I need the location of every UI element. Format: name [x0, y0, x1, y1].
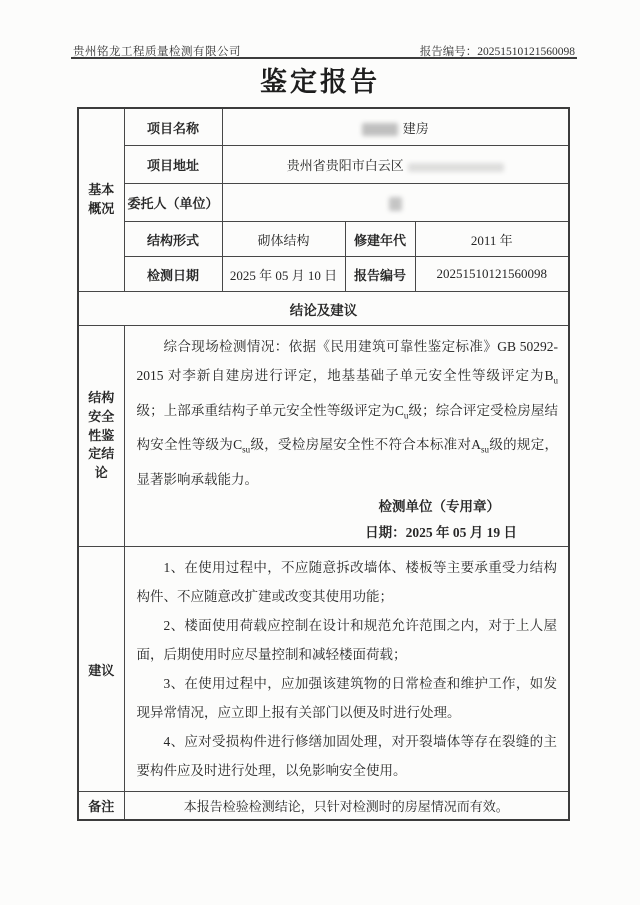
- safety-conclusion-paragraph: 综合现场检测情况：依据《民用建筑可靠性鉴定标准》GB 50292-2015 对李…: [137, 332, 559, 494]
- grade-b: B: [544, 368, 553, 383]
- structure-type-value: 砌体结构: [222, 222, 345, 257]
- table-row: 项目地址 贵州省贵阳市白云区: [78, 146, 569, 184]
- grade-b-subscript: u: [554, 376, 559, 386]
- conclusion-text: 级；上部承重结构子单元安全性等级评定为: [137, 403, 395, 418]
- safety-conclusion-label: 结构安全性鉴定结论: [78, 326, 124, 547]
- header-divider: [71, 57, 577, 59]
- project-name-visible-text: 建房: [403, 121, 429, 136]
- basic-info-label-text: 基本概况: [88, 181, 114, 219]
- suggestions-cell: 1、在使用过程中，不应随意拆改墙体、楼板等主要承重受力结构构件、不应随意改扩建或…: [124, 547, 569, 792]
- table-row: 结论及建议: [78, 292, 569, 326]
- inspection-date-label: 检测日期: [124, 257, 222, 292]
- table-row: 基本概况 项目名称 建房: [78, 108, 569, 146]
- stamp-date-line: 日期：2025 年 05 月 19 日: [137, 520, 559, 546]
- basic-info-label: 基本概况: [78, 108, 124, 292]
- conclusion-section-header: 结论及建议: [78, 292, 569, 326]
- suggestion-item: 1、在使用过程中，不应随意拆改墙体、楼板等主要承重受力结构构件、不应随意改扩建或…: [137, 553, 558, 611]
- suggestion-item: 4、应对受损构件进行修缮加固处理，对开裂墙体等存在裂缝的主要构件应及时进行处理，…: [137, 727, 558, 785]
- redacted-text: [408, 163, 504, 172]
- client-label: 委托人（单位）: [124, 184, 222, 222]
- redacted-text: [362, 123, 398, 136]
- inspection-date-value: 2025 年 05 月 10 日: [222, 257, 345, 292]
- grade-c: C: [395, 403, 404, 418]
- suggestion-item: 2、楼面使用荷载应控制在设计和规范允许范围之内，对于上人屋面，后期使用时应尽量控…: [137, 611, 558, 669]
- safety-conclusion-cell: 综合现场检测情况：依据《民用建筑可靠性鉴定标准》GB 50292-2015 对李…: [124, 326, 569, 547]
- suggestion-item: 3、在使用过程中，应加强该建筑物的日常检查和维护工作，如发现异常情况，应立即上报…: [137, 669, 558, 727]
- report-table: 基本概况 项目名称 建房 项目地址 贵州省贵阳市白云区 委托人（单位） 结构形式…: [77, 107, 570, 821]
- build-year-label: 修建年代: [345, 222, 415, 257]
- build-year-value: 2011 年: [415, 222, 569, 257]
- conclusion-text: 级，受检房屋安全性不符合本标准对: [250, 437, 471, 452]
- remark-value: 本报告检验检测结论，只针对检测时的房屋情况而有效。: [124, 792, 569, 821]
- project-name-label: 项目名称: [124, 108, 222, 146]
- project-address-label: 项目地址: [124, 146, 222, 184]
- report-no-label: 报告编号: [345, 257, 415, 292]
- redacted-text: [389, 197, 402, 211]
- structure-type-label: 结构形式: [124, 222, 222, 257]
- table-row: 建议 1、在使用过程中，不应随意拆改墙体、楼板等主要承重受力结构构件、不应随意改…: [78, 547, 569, 792]
- stamp-unit-line: 检测单位（专用章）: [137, 494, 559, 520]
- table-row: 备注 本报告检验检测结论，只针对检测时的房屋情况而有效。: [78, 792, 569, 821]
- suggestions-label: 建议: [78, 547, 124, 792]
- remark-label: 备注: [78, 792, 124, 821]
- table-row: 检测日期 2025 年 05 月 10 日 报告编号 2025151012156…: [78, 257, 569, 292]
- table-row: 委托人（单位）: [78, 184, 569, 222]
- page-title: 鉴定报告: [0, 60, 640, 99]
- grade-asu-subscript: su: [481, 445, 489, 455]
- grade-csu-subscript: su: [242, 445, 250, 455]
- project-address-value: 贵州省贵阳市白云区: [222, 146, 569, 184]
- project-address-visible-text: 贵州省贵阳市白云区: [287, 158, 404, 173]
- project-name-value: 建房: [222, 108, 569, 146]
- client-value: [222, 184, 569, 222]
- table-row: 结构形式 砌体结构 修建年代 2011 年: [78, 222, 569, 257]
- safety-conclusion-label-text: 结构安全性鉴定结论: [88, 389, 114, 483]
- report-no-value: 20251510121560098: [415, 257, 569, 292]
- table-row: 结构安全性鉴定结论 综合现场检测情况：依据《民用建筑可靠性鉴定标准》GB 502…: [78, 326, 569, 547]
- conclusion-text: 综合现场检测情况：依据《民用建筑可靠性鉴定标准》GB 50292-2015 对李…: [137, 339, 559, 383]
- safety-conclusion-content: 综合现场检测情况：依据《民用建筑可靠性鉴定标准》GB 50292-2015 对李…: [125, 326, 569, 546]
- grade-csu: C: [233, 437, 242, 452]
- grade-asu: A: [471, 437, 481, 452]
- report-page: 贵州铭龙工程质量检测有限公司 报告编号：20251510121560098 鉴定…: [0, 0, 640, 905]
